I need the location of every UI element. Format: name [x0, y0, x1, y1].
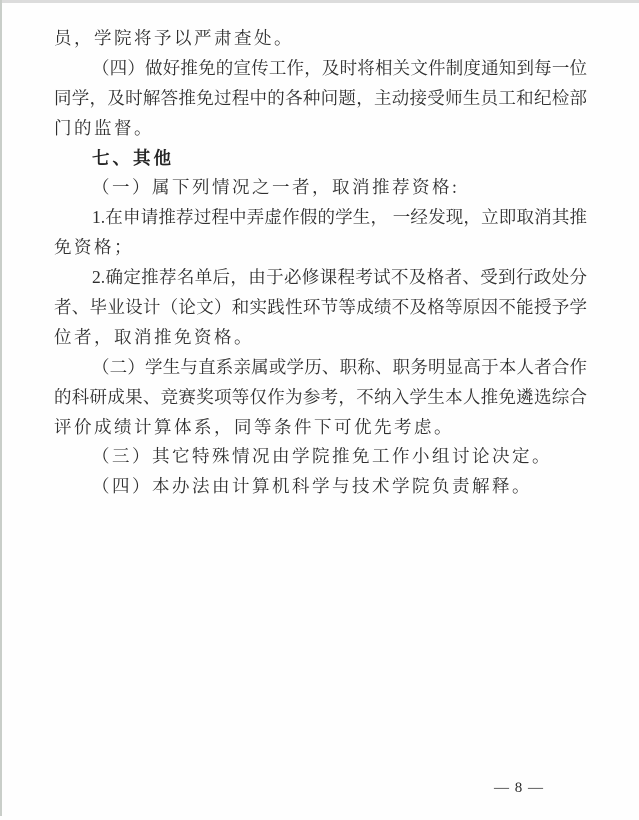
- text-line: 的科研成果、竞赛奖项等仅作为参考，不纳入学生本人推免遴选综合: [54, 383, 587, 413]
- text-line: （四）本办法由计算机科学与技术学院负责解释。: [54, 472, 587, 502]
- text-line: 者、毕业设计（论文）和实践性环节等成绩不及格等原因不能授予学: [54, 293, 587, 323]
- text-line: 门的监督。: [54, 114, 587, 144]
- document-page: 员，学院将予以严肃查处。（四）做好推免的宣传工作，及时将相关文件制度通知到每一位…: [0, 0, 639, 820]
- page-number: — 8 —: [459, 777, 579, 799]
- scan-edge-left: [0, 0, 2, 816]
- text-line: 2.确定推荐名单后，由于必修课程考试不及格者、受到行政处分: [54, 263, 587, 293]
- text-line: （二）学生与直系亲属或学历、职称、职务明显高于本人者合作: [54, 353, 587, 383]
- text-line: 员，学院将予以严肃查处。: [54, 24, 587, 54]
- text-line: 免资格；: [54, 233, 587, 263]
- text-line: 同学，及时解答推免过程中的各种问题，主动接受师生员工和纪检部: [54, 84, 587, 114]
- text-line: （三）其它特殊情况由学院推免工作小组讨论决定。: [54, 442, 587, 472]
- section-heading: 七、其他: [54, 144, 587, 174]
- document-body: 员，学院将予以严肃查处。（四）做好推免的宣传工作，及时将相关文件制度通知到每一位…: [54, 24, 587, 502]
- text-line: （四）做好推免的宣传工作，及时将相关文件制度通知到每一位: [54, 54, 587, 84]
- text-line: （一）属下列情况之一者，取消推荐资格:: [54, 173, 587, 203]
- text-line: 评价成绩计算体系，同等条件下可优先考虑。: [54, 413, 587, 443]
- text-line: 1.在申请推荐过程中弄虚作假的学生， 一经发现，立即取消其推: [54, 203, 587, 233]
- text-line: 位者，取消推免资格。: [54, 323, 587, 353]
- scan-edge-top: [0, 0, 639, 3]
